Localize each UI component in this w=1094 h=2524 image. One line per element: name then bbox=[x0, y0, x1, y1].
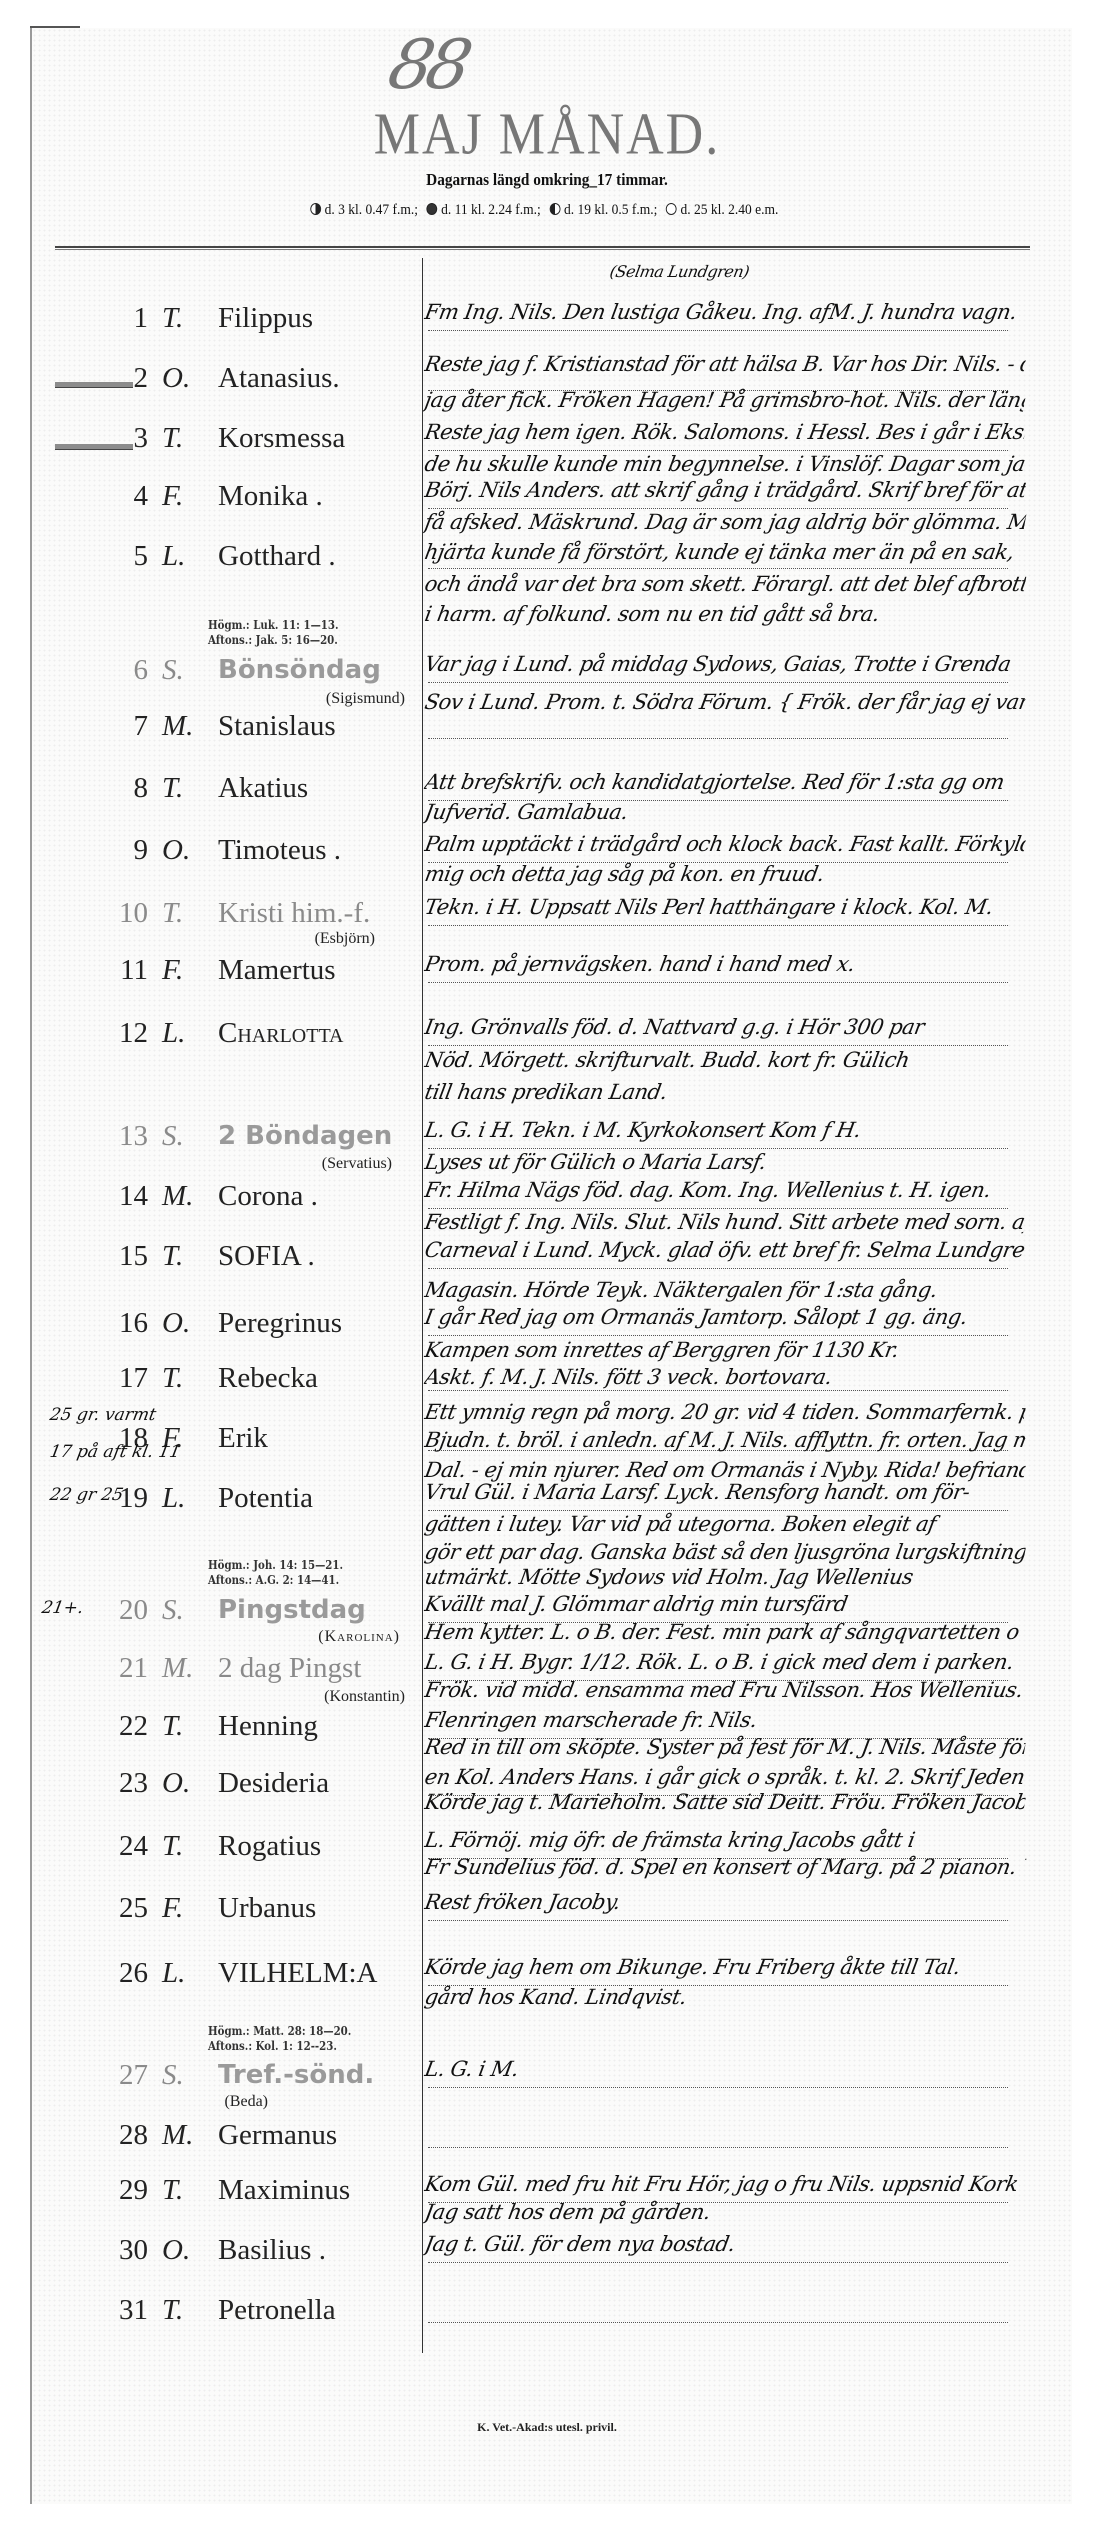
scripture-reading: Högm.: Matt. 28: 18—20.Aftons.: Kol. 1: … bbox=[208, 2024, 387, 2054]
weekday-letter: M. bbox=[162, 2117, 193, 2153]
hogmassa-reading: Högm.: Luk. 11: 1—13. bbox=[208, 618, 387, 633]
handwritten-line: L. G. i H. Tekn. i M. Kyrkokonsert Kom f… bbox=[423, 1118, 1027, 1142]
day-number: 8 bbox=[108, 770, 148, 806]
last-quarter-moon-icon bbox=[550, 203, 561, 215]
handwritten-line: Kampen som inrettes af Berggren för 1130… bbox=[423, 1338, 1027, 1362]
day-number: 31 bbox=[108, 2292, 148, 2328]
weekday-letter: S. bbox=[162, 652, 184, 688]
day-number: 4 bbox=[108, 478, 148, 514]
saint-name: Atanasius. bbox=[218, 360, 340, 396]
margin-note: 22 gr 25 bbox=[48, 1485, 125, 1505]
saint-name: SOFIA . bbox=[218, 1238, 315, 1274]
handwritten-line: Jag satt hos dem på gården. bbox=[423, 2200, 1027, 2224]
margin-note: 17 på aft kl. 11 bbox=[48, 1442, 182, 1462]
weekday-letter: T. bbox=[162, 1708, 183, 1744]
weekday-letter: L. bbox=[162, 1480, 185, 1516]
handwritten-line: Lyses ut för Gülich o Maria Larsf. bbox=[423, 1150, 1027, 1174]
hogmassa-reading: Högm.: Joh. 14: 15—21. bbox=[208, 1558, 387, 1573]
day-number: 13 bbox=[108, 1118, 148, 1154]
handwritten-line: gätten i lutey. Var vid på utegorna. Bok… bbox=[423, 1512, 1027, 1536]
aftonsang-reading: Aftons.: A.G. 2: 14—41. bbox=[208, 1573, 387, 1588]
weekday-letter: L. bbox=[162, 538, 185, 574]
handwritten-line: Körde jag hem om Bikunge. Fru Friberg åk… bbox=[423, 1955, 1027, 1979]
saint-name: Basilius . bbox=[218, 2232, 326, 2268]
name-day-label: (Karolina) bbox=[200, 1628, 400, 1646]
handwritten-line: Var jag i Lund. på middag Sydows, Gaias,… bbox=[423, 652, 1027, 676]
dotted-writing-line bbox=[428, 450, 1008, 451]
dotted-writing-line bbox=[428, 2322, 1008, 2323]
day-number: 6 bbox=[108, 652, 148, 688]
name-day-label: (Servatius) bbox=[192, 1155, 392, 1173]
dotted-writing-line bbox=[428, 1045, 1008, 1046]
weekday-letter: O. bbox=[162, 1305, 190, 1341]
handwritten-line: Carneval i Lund. Myck. glad öfv. ett bre… bbox=[423, 1238, 1027, 1262]
handwritten-line: Reste jag f. Kristianstad för att hälsa … bbox=[423, 352, 1027, 376]
saint-name: Potentia bbox=[218, 1480, 313, 1516]
weekday-letter: T. bbox=[162, 2172, 183, 2208]
saint-name: Stanislaus bbox=[218, 708, 336, 744]
dotted-writing-line bbox=[428, 1390, 1008, 1391]
handwritten-annotation: (Selma Lundgren) bbox=[608, 262, 811, 281]
day-number: 3 bbox=[108, 420, 148, 456]
dotted-writing-line bbox=[428, 508, 1008, 509]
handwritten-line: Sov i Lund. Prom. t. Södra Förum. { Frök… bbox=[423, 690, 1027, 714]
handwritten-line: Askt. f. M. J. Nils. fött 3 veck. bortov… bbox=[423, 1365, 1027, 1389]
day-number: 24 bbox=[108, 1828, 148, 1864]
saint-name: Korsmessa bbox=[218, 420, 345, 456]
day-number: 23 bbox=[108, 1765, 148, 1801]
saint-name: Maximinus bbox=[218, 2172, 350, 2208]
weekday-letter: S. bbox=[162, 1118, 184, 1154]
saint-name: Tref.-sönd. bbox=[218, 2057, 374, 2093]
handwritten-line: Ing. Grönvalls föd. d. Nattvard g.g. i H… bbox=[423, 1015, 1027, 1039]
saint-name: Timoteus . bbox=[218, 832, 341, 868]
day-number: 12 bbox=[108, 1015, 148, 1051]
moon-phase-text: d. 25 kl. 2.40 e.m. bbox=[681, 202, 779, 218]
saint-name: Corona . bbox=[218, 1178, 318, 1214]
day-number: 2 bbox=[108, 360, 148, 396]
handwritten-line: Reste jag hem igen. Rök. Salomons. i Hes… bbox=[423, 420, 1027, 444]
handwritten-line: Palm upptäckt i trädgård och klock back.… bbox=[423, 832, 1027, 856]
header-rule bbox=[55, 246, 1030, 250]
handwritten-line: Nöd. Mörgett. skrifturvalt. Budd. kort f… bbox=[423, 1048, 1027, 1072]
weekday-letter: O. bbox=[162, 2232, 190, 2268]
margin-note: 25 gr. varmt bbox=[48, 1405, 157, 1425]
moon-phase-text: d. 11 kl. 2.24 f.m.; bbox=[441, 202, 541, 218]
handwritten-line: L. G. i M. bbox=[423, 2057, 1027, 2081]
moon-phase-text: d. 19 kl. 0.5 f.m.; bbox=[564, 202, 657, 218]
handwritten-line: gård hos Kand. Lindqvist. bbox=[423, 1985, 1027, 2009]
handwritten-line: I går Red jag om Ormanäs Jamtorp. Sålopt… bbox=[423, 1305, 1027, 1329]
dotted-writing-line bbox=[428, 1920, 1008, 1921]
weekday-letter: S. bbox=[162, 1592, 184, 1628]
handwritten-line: och ändå var det bra som skett. Förargl.… bbox=[423, 572, 1027, 596]
day-number: 25 bbox=[108, 1890, 148, 1926]
saint-name: Mamertus bbox=[218, 952, 336, 988]
saint-name: Peregrinus bbox=[218, 1305, 342, 1341]
scripture-reading: Högm.: Luk. 11: 1—13.Aftons.: Jak. 5: 16… bbox=[208, 618, 387, 648]
weekday-letter: F. bbox=[162, 478, 183, 514]
dotted-writing-line bbox=[428, 982, 1008, 983]
handwritten-line: Kvällt mal J. Glömmar aldrig min tursfär… bbox=[423, 1592, 1027, 1616]
handwritten-line: Kom Gül. med fru hit Fru Hör, jag o fru … bbox=[423, 2172, 1027, 2196]
saint-name: VILHELM:A bbox=[218, 1955, 377, 1991]
handwritten-line: Jufverid. Gamlabua. bbox=[423, 800, 1027, 824]
day-number: 20 bbox=[108, 1592, 148, 1628]
handwritten-line: Fm Ing. Nils. Den lustiga Gåkeu. Ing. af… bbox=[423, 300, 1027, 324]
aftonsang-reading: Aftons.: Jak. 5: 16—20. bbox=[208, 633, 387, 648]
handwritten-line: Jag t. Gül. för dem nya bostad. bbox=[423, 2232, 1027, 2256]
day-number: 21 bbox=[108, 1650, 148, 1686]
handwritten-line: Rest fröken Jacoby. bbox=[423, 1890, 1027, 1914]
day-length-subtitle: Dagarnas längd omkring_17 timmar. bbox=[55, 170, 1040, 190]
weekday-letter: S. bbox=[162, 2057, 184, 2093]
saint-name: Bönsöndag bbox=[218, 652, 381, 688]
saint-name: Akatius bbox=[218, 770, 308, 806]
name-day-label: (Sigismund) bbox=[205, 690, 405, 708]
saint-name: Charlotta bbox=[218, 1015, 344, 1051]
dotted-writing-line bbox=[428, 1510, 1008, 1511]
day-number: 15 bbox=[108, 1238, 148, 1274]
weekday-letter: T. bbox=[162, 1828, 183, 1864]
handwritten-page-number: 88 bbox=[383, 32, 517, 100]
saint-name: 2 dag Pingst bbox=[218, 1650, 361, 1686]
weekday-letter: T. bbox=[162, 1360, 183, 1396]
saint-name: Monika . bbox=[218, 478, 323, 514]
moon-phases: d. 3 kl. 0.47 f.m.; d. 11 kl. 2.24 f.m.;… bbox=[55, 202, 1040, 219]
handwritten-line: få afsked. Mäskrund. Dag är som jag aldr… bbox=[423, 510, 1027, 534]
handwritten-line: mig och detta jag såg på kon. en fruud. bbox=[423, 862, 1027, 886]
dotted-writing-line bbox=[428, 2087, 1008, 2088]
day-number: 17 bbox=[108, 1360, 148, 1396]
dotted-writing-line bbox=[428, 738, 1008, 739]
day-number: 22 bbox=[108, 1708, 148, 1744]
saint-name: Pingstdag bbox=[218, 1592, 366, 1628]
saint-name: Germanus bbox=[218, 2117, 337, 2153]
handwritten-line: Körde jag t. Marieholm. Satte sid Deitt.… bbox=[423, 1790, 1027, 1814]
handwritten-line: Fr. Hilma Nägs föd. dag. Kom. Ing. Welle… bbox=[423, 1178, 1027, 1202]
day-number: 14 bbox=[108, 1178, 148, 1214]
weekday-letter: M. bbox=[162, 1178, 193, 1214]
handwritten-line: Flenringen marscherade fr. Nils. bbox=[423, 1708, 1027, 1732]
hogmassa-reading: Högm.: Matt. 28: 18—20. bbox=[208, 2024, 387, 2039]
dotted-writing-line bbox=[428, 1148, 1008, 1149]
weekday-letter: T. bbox=[162, 770, 183, 806]
handwritten-line: L. G. i H. Bygr. 1/12. Rök. L. o B. i gi… bbox=[423, 1650, 1027, 1674]
handwritten-line: de hu skulle kunde min begynnelse. i Vin… bbox=[423, 452, 1027, 476]
day-number: 30 bbox=[108, 2232, 148, 2268]
saint-name: Erik bbox=[218, 1420, 268, 1456]
saint-name: Henning bbox=[218, 1708, 318, 1744]
saint-name: 2 Böndagen bbox=[218, 1118, 392, 1154]
weekday-letter: T. bbox=[162, 2292, 183, 2328]
weekday-letter: T. bbox=[162, 420, 183, 456]
weekday-letter: M. bbox=[162, 708, 193, 744]
page-title: MAJ MÅNAD. bbox=[0, 101, 1094, 169]
day-number: 9 bbox=[108, 832, 148, 868]
weekday-letter: F. bbox=[162, 1890, 183, 1926]
dotted-writing-line bbox=[428, 330, 1008, 331]
saint-name: Urbanus bbox=[218, 1890, 316, 1926]
handwritten-line: Frök. vid midd. ensamma med Fru Nilsson.… bbox=[423, 1678, 1027, 1702]
day-number: 5 bbox=[108, 538, 148, 574]
handwritten-line: till hans predikan Land. bbox=[423, 1080, 1027, 1104]
weekday-letter: M. bbox=[162, 1650, 193, 1686]
day-number: 29 bbox=[108, 2172, 148, 2208]
day-number: 28 bbox=[108, 2117, 148, 2153]
day-number: 27 bbox=[108, 2057, 148, 2093]
dotted-writing-line bbox=[428, 1268, 1008, 1269]
handwritten-line: Bjudn. t. bröl. i anledn. af M. J. Nils.… bbox=[423, 1428, 1027, 1452]
scripture-reading: Högm.: Joh. 14: 15—21.Aftons.: A.G. 2: 1… bbox=[208, 1558, 387, 1588]
handwritten-line: Vrul Gül. i Maria Larsf. Lyck. Rensforg … bbox=[423, 1480, 1027, 1504]
handwritten-line: Festligt f. Ing. Nils. Slut. Nils hund. … bbox=[423, 1210, 1027, 1234]
saint-name: Kristi him.-f. bbox=[218, 895, 370, 931]
dotted-writing-line bbox=[428, 2262, 1008, 2263]
weekday-letter: O. bbox=[162, 360, 190, 396]
handwritten-line: Börj. Nils Anders. att skrif gång i träd… bbox=[423, 478, 1027, 502]
aftonsang-reading: Aftons.: Kol. 1: 12--23. bbox=[208, 2039, 387, 2054]
weekday-letter: O. bbox=[162, 1765, 190, 1801]
saint-name: Desideria bbox=[218, 1765, 329, 1801]
handwritten-line: i harm. af folkund. som nu en tid gått s… bbox=[423, 602, 1027, 626]
saint-name: Rebecka bbox=[218, 1360, 318, 1396]
day-number: 10 bbox=[108, 895, 148, 931]
handwritten-line: Dal. - ej min njurer. Red om Ormanäs i N… bbox=[423, 1458, 1027, 1482]
weekday-letter: O. bbox=[162, 832, 190, 868]
handwritten-line: Fr Sundelius föd. d. Spel en konsert of … bbox=[423, 1855, 1027, 1879]
handwritten-line: jag åter fick. Fröken Hagen! På grimsbro… bbox=[423, 388, 1027, 412]
dotted-writing-line bbox=[428, 1208, 1008, 1209]
saint-name: Rogatius bbox=[218, 1828, 321, 1864]
handwritten-line: Red in till om sköpte. Syster på fest fö… bbox=[423, 1735, 1027, 1759]
name-day-label: (Beda) bbox=[68, 2093, 268, 2111]
weekday-letter: F. bbox=[162, 952, 183, 988]
margin-note: 21+. bbox=[40, 1598, 85, 1618]
day-number: 1 bbox=[108, 300, 148, 336]
dotted-writing-line bbox=[428, 925, 1008, 926]
column-divider bbox=[422, 258, 423, 2353]
handwritten-line: Att brefskrifv. och kandidatgjortelse. R… bbox=[423, 770, 1027, 794]
handwritten-line: L. Förnöj. mig öfr. de främsta kring Jac… bbox=[423, 1828, 1027, 1852]
saint-name: Petronella bbox=[218, 2292, 336, 2328]
new-moon-icon bbox=[427, 203, 438, 215]
weekday-letter: T. bbox=[162, 1238, 183, 1274]
dotted-writing-line bbox=[428, 568, 1008, 569]
handwritten-line: utmärkt. Mötte Sydows vid Holm. Jag Well… bbox=[423, 1565, 1027, 1589]
first-quarter-moon-icon bbox=[310, 203, 321, 215]
dotted-writing-line bbox=[428, 682, 1008, 683]
saint-name: Filippus bbox=[218, 300, 313, 336]
printer-privilege-footer: K. Vet.-Akad:s utesl. privil. bbox=[0, 2420, 1094, 2435]
handwritten-line: en Kol. Anders Hans. i går gick o språk.… bbox=[423, 1765, 1027, 1789]
weekday-letter: T. bbox=[162, 895, 183, 931]
weekday-letter: T. bbox=[162, 300, 183, 336]
weekday-letter: L. bbox=[162, 1015, 185, 1051]
moon-phase-text: d. 3 kl. 0.47 f.m.; bbox=[325, 202, 418, 218]
handwritten-line: Magasin. Hörde Teyk. Näktergalen för 1:s… bbox=[423, 1278, 1027, 1302]
handwritten-line: Hem kytter. L. o B. der. Fest. min park … bbox=[423, 1620, 1027, 1644]
handwritten-line: gör ett par dag. Ganska bäst så den ljus… bbox=[423, 1540, 1027, 1564]
name-day-label: (Konstantin) bbox=[205, 1688, 405, 1706]
day-number: 7 bbox=[108, 708, 148, 744]
day-number: 26 bbox=[108, 1955, 148, 1991]
dotted-writing-line bbox=[428, 2147, 1008, 2148]
day-number: 11 bbox=[108, 952, 148, 988]
full-moon-icon bbox=[666, 203, 677, 215]
handwritten-line: Ett ymnig regn på morg. 20 gr. vid 4 tid… bbox=[423, 1400, 1027, 1424]
saint-name: Gotthard . bbox=[218, 538, 336, 574]
handwritten-line: hjärta kunde få förstört, kunde ej tänka… bbox=[423, 540, 1027, 564]
dotted-writing-line bbox=[428, 1335, 1008, 1336]
handwritten-line: Tekn. i H. Uppsatt Nils Perl hatthängare… bbox=[423, 895, 1027, 919]
name-day-label: (Esbjörn) bbox=[175, 930, 375, 948]
day-number: 16 bbox=[108, 1305, 148, 1341]
handwritten-line: Prom. på jernvägsken. hand i hand med x. bbox=[423, 952, 1027, 976]
weekday-letter: L. bbox=[162, 1955, 185, 1991]
